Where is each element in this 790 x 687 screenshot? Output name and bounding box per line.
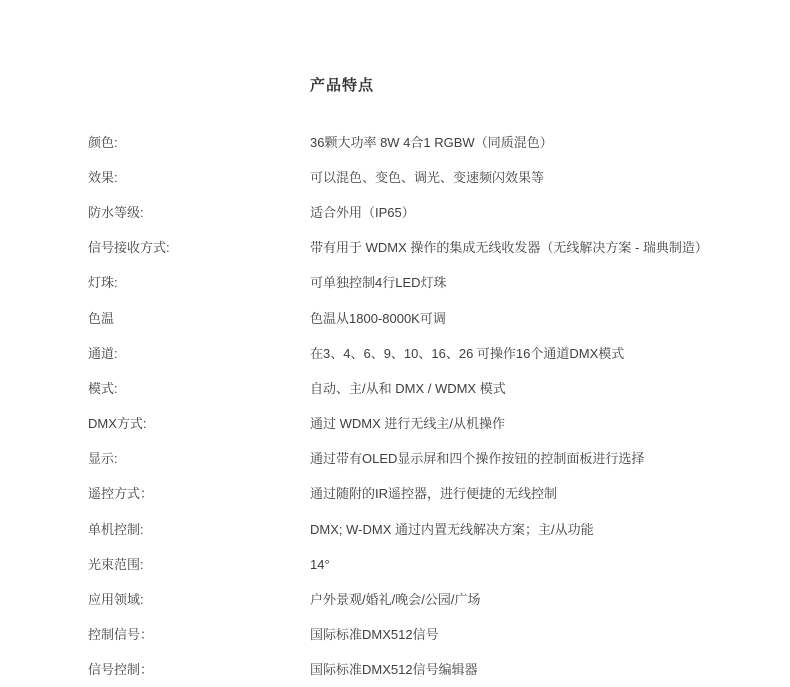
spec-value: DMX; W-DMX 通过内置无线解决方案；主/从功能 (310, 522, 774, 538)
spec-list: 颜色: 36颗大功率 8W 4合1 RGBW（同质混色） 效果: 可以混色、变色… (88, 125, 774, 687)
spec-value: 通过带有OLED显示屏和四个操作按钮的控制面板进行选择 (310, 451, 774, 467)
spec-value: 色温从1800-8000K可调 (310, 311, 774, 327)
spec-row: 灯珠: 可单独控制4行LED灯珠 (88, 266, 774, 301)
spec-value: 带有用于 WDMX 操作的集成无线收发器（无线解决方案 - 瑞典制造） (310, 240, 774, 256)
spec-row: 效果: 可以混色、变色、调光、变速频闪效果等 (88, 160, 774, 195)
spec-value: 可以混色、变色、调光、变速频闪效果等 (310, 170, 774, 186)
spec-row: 应用领域: 户外景观/婚礼/晚会/公园/广场 (88, 582, 774, 617)
spec-row: 显示: 通过带有OLED显示屏和四个操作按钮的控制面板进行选择 (88, 442, 774, 477)
spec-label: 效果: (88, 170, 310, 186)
spec-label: 显示: (88, 451, 310, 467)
product-features-page: 产品特点 颜色: 36颗大功率 8W 4合1 RGBW（同质混色） 效果: 可以… (0, 0, 790, 687)
spec-label: 模式: (88, 381, 310, 397)
spec-row: 遥控方式： 通过随附的IR遥控器，进行便捷的无线控制 (88, 477, 774, 512)
spec-label: 灯珠: (88, 275, 310, 291)
spec-value: 在3、4、6、9、10、16、26 可操作16个通道DMX模式 (310, 346, 774, 362)
page-title: 产品特点 (310, 78, 774, 94)
spec-label: 单机控制: (88, 522, 310, 538)
spec-label: 颜色: (88, 135, 310, 151)
spec-row: 控制信号： 国际标准DMX512信号 (88, 618, 774, 653)
spec-label: 色温 (88, 311, 310, 327)
spec-label: 通道: (88, 346, 310, 362)
spec-row: DMX方式: 通过 WDMX 进行无线主/从机操作 (88, 407, 774, 442)
spec-row: 防水等级: 适合外用（IP65） (88, 195, 774, 230)
spec-row: 信号接收方式: 带有用于 WDMX 操作的集成无线收发器（无线解决方案 - 瑞典… (88, 231, 774, 266)
spec-row: 色温 色温从1800-8000K可调 (88, 301, 774, 336)
spec-value: 自动、主/从和 DMX / WDMX 模式 (310, 381, 774, 397)
spec-row: 信号控制： 国际标准DMX512信号编辑器 (88, 653, 774, 687)
spec-row: 通道: 在3、4、6、9、10、16、26 可操作16个通道DMX模式 (88, 336, 774, 371)
spec-value: 可单独控制4行LED灯珠 (310, 275, 774, 291)
spec-label: 信号接收方式: (88, 240, 310, 256)
spec-value: 通过 WDMX 进行无线主/从机操作 (310, 416, 774, 432)
spec-row: 光束范围: 14° (88, 547, 774, 582)
spec-label: 信号控制： (88, 662, 310, 678)
spec-label: 遥控方式： (88, 486, 310, 502)
spec-label: 光束范围: (88, 557, 310, 573)
spec-value: 通过随附的IR遥控器，进行便捷的无线控制 (310, 486, 774, 502)
spec-row: 颜色: 36颗大功率 8W 4合1 RGBW（同质混色） (88, 125, 774, 160)
spec-value: 14° (310, 557, 774, 573)
spec-label: 应用领域: (88, 592, 310, 608)
spec-value: 36颗大功率 8W 4合1 RGBW（同质混色） (310, 135, 774, 151)
spec-label: 防水等级: (88, 205, 310, 221)
spec-value: 户外景观/婚礼/晚会/公园/广场 (310, 592, 774, 608)
spec-row: 单机控制: DMX; W-DMX 通过内置无线解决方案；主/从功能 (88, 512, 774, 547)
spec-value: 国际标准DMX512信号编辑器 (310, 662, 774, 678)
spec-label: DMX方式: (88, 416, 310, 432)
spec-row: 模式: 自动、主/从和 DMX / WDMX 模式 (88, 371, 774, 406)
spec-value: 国际标准DMX512信号 (310, 627, 774, 643)
spec-value: 适合外用（IP65） (310, 205, 774, 221)
spec-label: 控制信号： (88, 627, 310, 643)
